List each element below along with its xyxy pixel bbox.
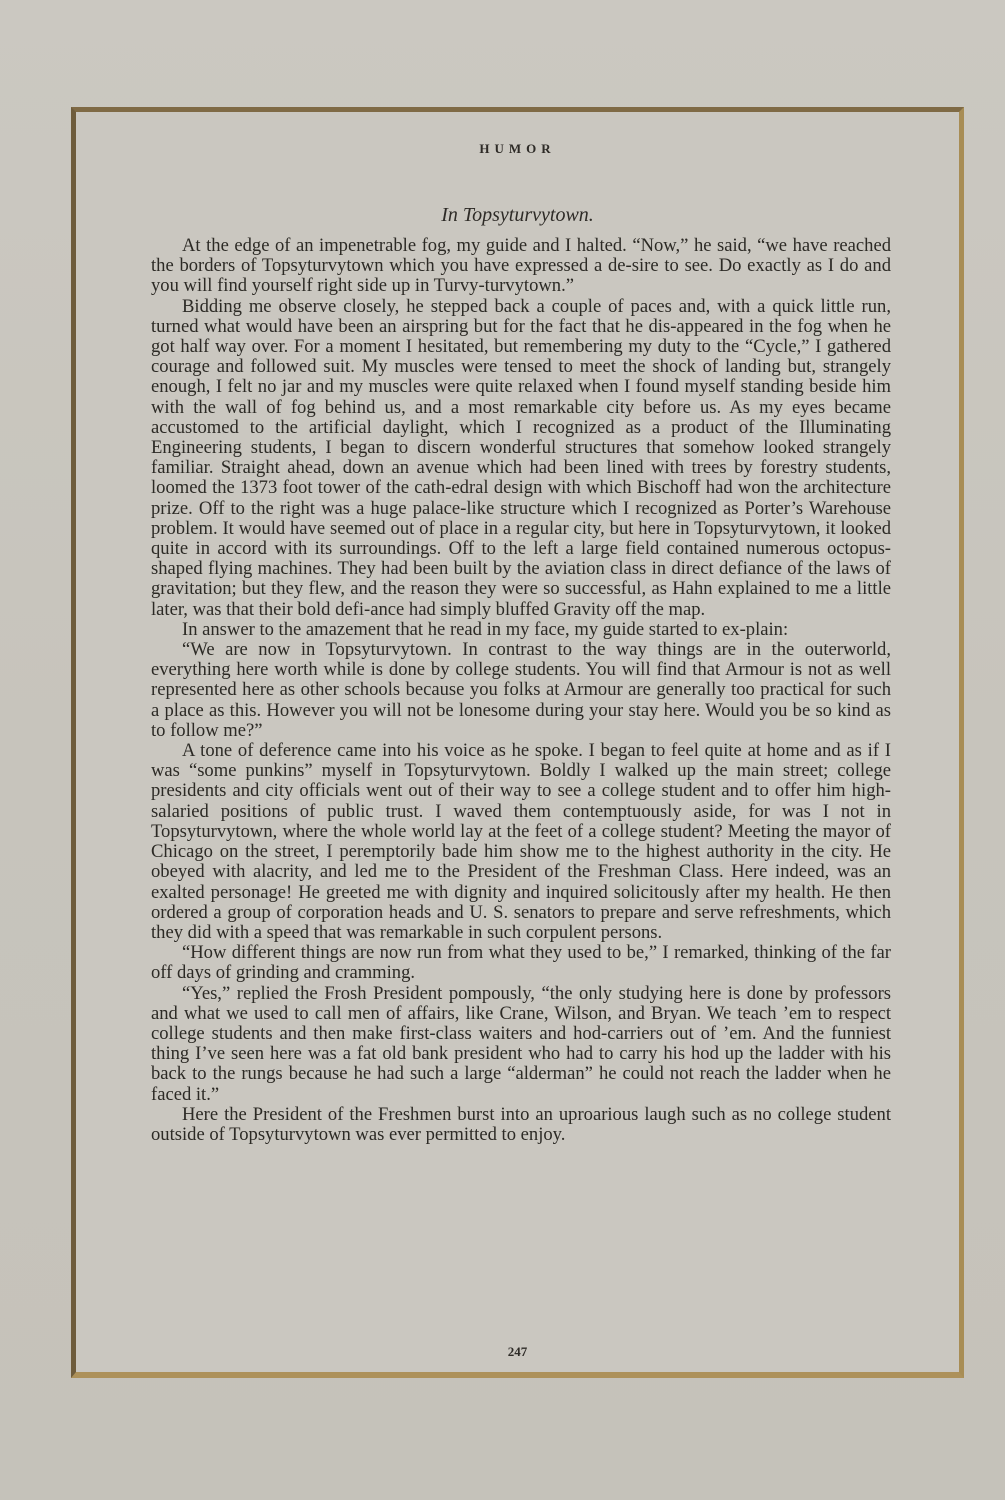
article-body: At the edge of an impenetrable fog, my g… (151, 236, 891, 1145)
scanned-page: HUMOR In Topsyturvytown. At the edge of … (0, 0, 1005, 1500)
page-number: 247 (76, 1344, 959, 1360)
paragraph: “Yes,” replied the Frosh President pompo… (151, 984, 891, 1105)
paragraph: A tone of deference came into his voice … (151, 741, 891, 943)
paragraph: “How different things are now run from w… (151, 943, 891, 983)
paragraph: In answer to the amazement that he read … (151, 620, 891, 640)
section-header: HUMOR (76, 141, 959, 157)
paragraph: At the edge of an impenetrable fog, my g… (151, 236, 891, 297)
article-title: In Topsyturvytown. (76, 204, 959, 227)
page-border-frame: HUMOR In Topsyturvytown. At the edge of … (71, 107, 964, 1378)
paragraph: “We are now in Topsyturvytown. In contra… (151, 640, 891, 741)
paragraph: Bidding me observe closely, he stepped b… (151, 297, 891, 620)
paragraph: Here the President of the Freshmen burst… (151, 1105, 891, 1145)
